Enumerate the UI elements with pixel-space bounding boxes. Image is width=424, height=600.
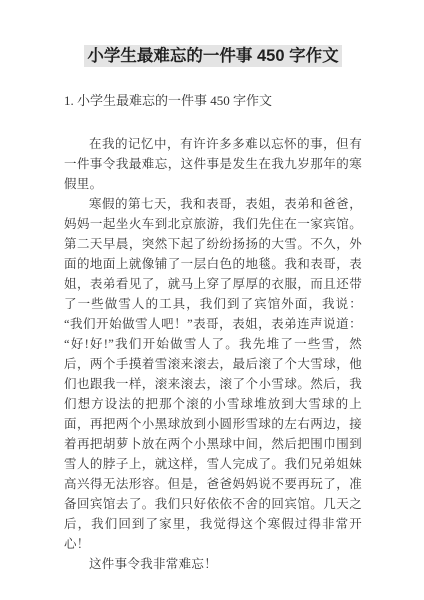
paragraph-intro: 在我的记忆中，有许许多多难以忘怀的事，但有一件事令我最难忘，这件事是发生在我九岁… bbox=[64, 134, 362, 194]
paragraph-body: 寒假的第七天，我和表哥，表姐，表弟和爸爸，妈妈一起坐火车到北京旅游，我们先住在一… bbox=[64, 194, 362, 554]
document-page: 小学生最难忘的一件事 450 字作文 1. 小学生最难忘的一件事 450 字作文… bbox=[0, 0, 424, 600]
doc-title: 小学生最难忘的一件事 450 字作文 bbox=[64, 44, 362, 68]
paragraph-closing: 这件事令我非常难忘！ bbox=[64, 554, 362, 574]
doc-title-text: 小学生最难忘的一件事 450 字作文 bbox=[84, 45, 341, 67]
doc-subtitle: 1. 小学生最难忘的一件事 450 字作文 bbox=[64, 92, 362, 110]
